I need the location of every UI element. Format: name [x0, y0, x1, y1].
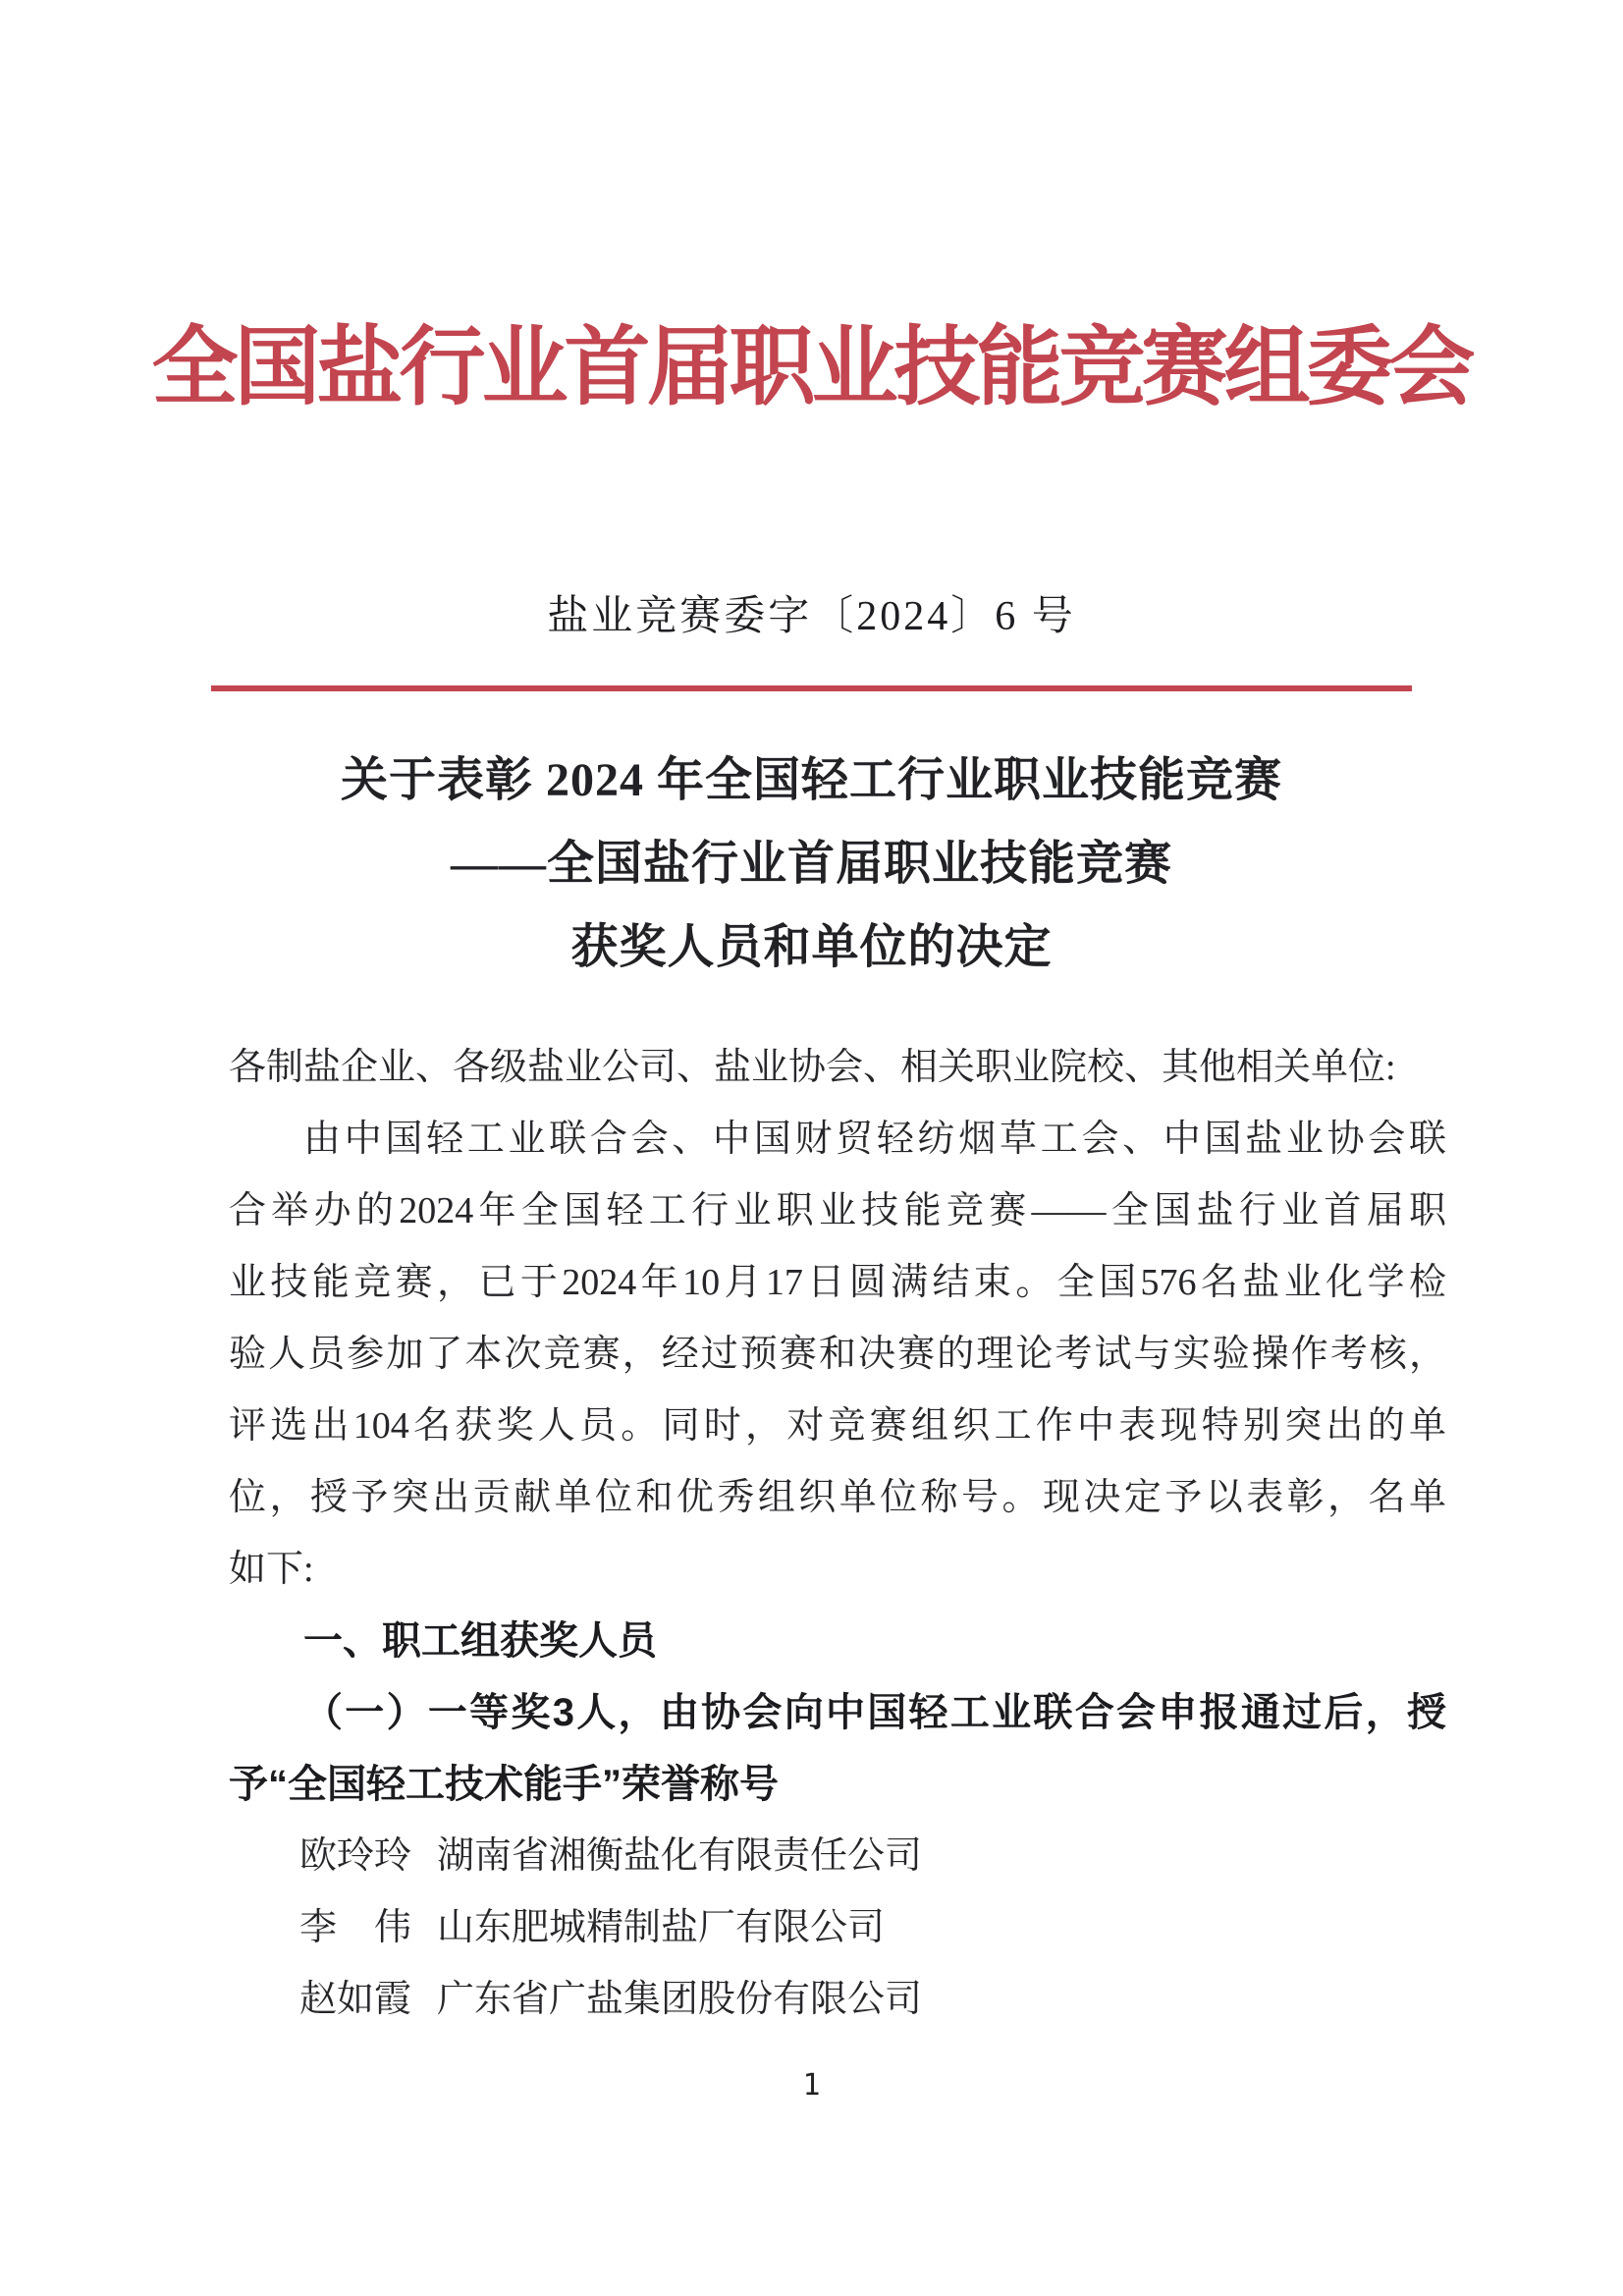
winner-list: 欧玲玲湖南省湘衡盐化有限责任公司李 伟山东肥城精制盐厂有限公司赵如霞广东省广盐集…	[229, 1821, 1446, 2036]
document-title-line-1: 关于表彰 2024 年全国轻工行业职业技能竞赛	[0, 738, 1623, 822]
winner-row: 欧玲玲湖南省湘衡盐化有限责任公司	[229, 1821, 1446, 1892]
body-line: 各制盐企业、各级盐业公司、盐业协会、相关职业院校、其他相关单位:	[229, 1032, 1446, 1104]
page-number: 1	[0, 2066, 1623, 2105]
body-line: 一、职工组获奖人员	[229, 1606, 1446, 1677]
winner-organization: 湖南省湘衡盐化有限责任公司	[437, 1821, 922, 1892]
winner-name: 欧玲玲	[299, 1821, 411, 1892]
document-number: 盐业竞赛委字〔2024〕6 号	[0, 587, 1623, 646]
winner-organization: 广东省广盐集团股份有限公司	[437, 1964, 922, 2036]
red-divider-rule	[211, 685, 1412, 691]
body-line: 合举办的2024年全国轻工行业职业技能竞赛——全国盐行业首届职	[229, 1175, 1446, 1247]
body-lines: 各制盐企业、各级盐业公司、盐业协会、相关职业院校、其他相关单位:由中国轻工业联合…	[229, 1032, 1446, 1821]
winner-row: 李 伟山东肥城精制盐厂有限公司	[229, 1892, 1446, 1964]
document-title-line-2: ——全国盐行业首届职业技能竞赛	[0, 822, 1623, 905]
winner-row: 赵如霞广东省广盐集团股份有限公司	[229, 1964, 1446, 2036]
document-title: 关于表彰 2024 年全国轻工行业职业技能竞赛 ——全国盐行业首届职业技能竞赛 …	[0, 738, 1623, 989]
body-line: 如下:	[229, 1534, 1446, 1606]
masthead-title: 全国盐行业首届职业技能竞赛组委会	[0, 310, 1623, 428]
winner-name: 李 伟	[299, 1892, 411, 1964]
body-line: 位，授予突出贡献单位和优秀组织单位称号。现决定予以表彰，名单	[229, 1462, 1446, 1534]
body-line: 评选出104名获奖人员。同时，对竞赛组织工作中表现特别突出的单	[229, 1391, 1446, 1462]
body-line: （一）一等奖3人，由协会向中国轻工业联合会申报通过后，授	[229, 1677, 1446, 1749]
document-title-line-3: 获奖人员和单位的决定	[0, 905, 1623, 989]
winner-name: 赵如霞	[299, 1964, 411, 2036]
body-line: 予“全国轻工技术能手”荣誉称号	[229, 1749, 1446, 1821]
body-text-block: 各制盐企业、各级盐业公司、盐业协会、相关职业院校、其他相关单位:由中国轻工业联合…	[229, 1032, 1446, 2036]
body-line: 由中国轻工业联合会、中国财贸轻纺烟草工会、中国盐业协会联	[229, 1104, 1446, 1175]
document-page: 全国盐行业首届职业技能竞赛组委会 盐业竞赛委字〔2024〕6 号 关于表彰 20…	[0, 0, 1623, 2296]
winner-organization: 山东肥城精制盐厂有限公司	[437, 1892, 885, 1964]
body-line: 业技能竞赛，已于2024年10月17日圆满结束。全国576名盐业化学检	[229, 1247, 1446, 1319]
body-line: 验人员参加了本次竞赛，经过预赛和决赛的理论考试与实验操作考核，	[229, 1319, 1446, 1391]
